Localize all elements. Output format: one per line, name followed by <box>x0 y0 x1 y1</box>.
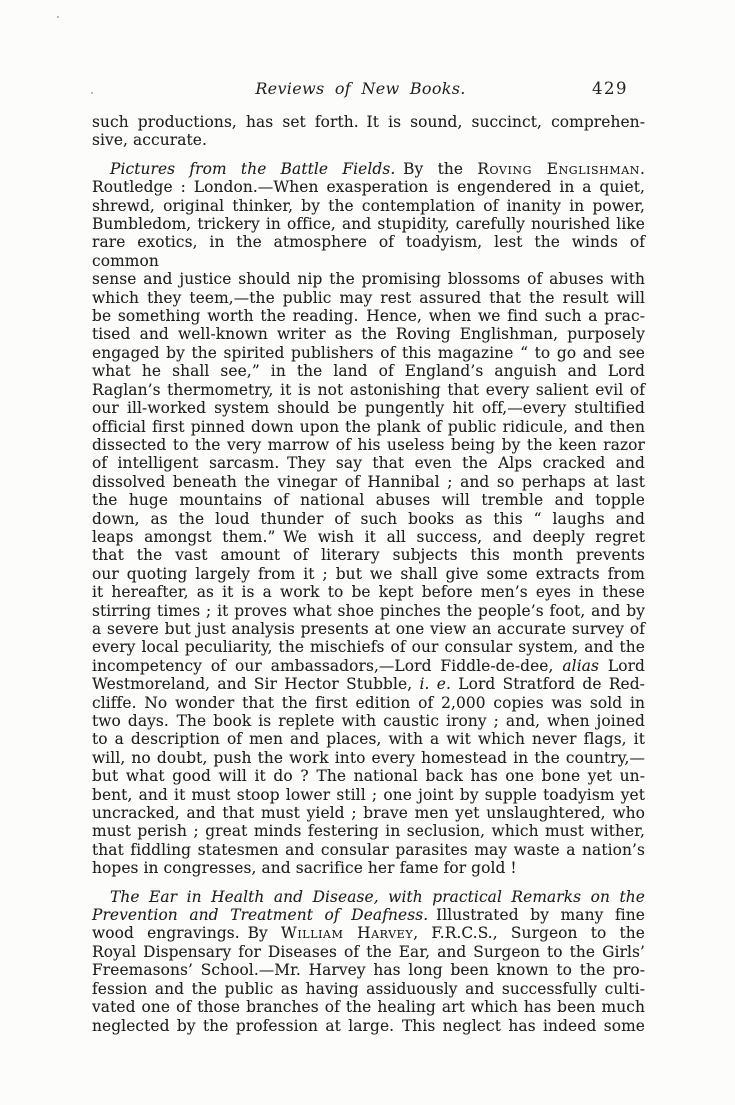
text-line: fession and the public as having assiduo… <box>92 980 645 998</box>
text-line: sive, accurate. <box>92 131 645 149</box>
text-line: hopes in congresses, and sacrifice her f… <box>92 859 645 877</box>
text-line: engaged by the spirited publishers of th… <box>92 344 645 362</box>
text-line: wood engravings. By William Harvey, F.R.… <box>92 924 645 942</box>
text-line: that the vast amount of literary subject… <box>92 546 645 564</box>
text-line: rare exotics, in the atmosphere of toady… <box>92 233 645 270</box>
review-pictures-from-the-battle-fields: Pictures from the Battle Fields. By the … <box>92 160 645 878</box>
text-line: uncracked, and that must yield ; brave m… <box>92 804 645 822</box>
text-line: Routledge : London.—When exasperation is… <box>92 178 645 196</box>
text-line: Westmoreland, and Sir Hector Stubble, i.… <box>92 675 645 693</box>
text-line: shrewd, original thinker, by the contemp… <box>92 197 645 215</box>
text-line: cliffe. No wonder that the first edition… <box>92 694 645 712</box>
text-line: neglected by the profession at large. Th… <box>92 1017 645 1035</box>
text-line: but what good will it do ? The national … <box>92 767 645 785</box>
text-line: vated one of those branches of the heali… <box>92 998 645 1016</box>
text-line: what he shall see,” in the land of Engla… <box>92 362 645 380</box>
text-line: dissolved beneath the vinegar of Hanniba… <box>92 473 645 491</box>
text-line: official first pinned down upon the plan… <box>92 418 645 436</box>
text-line: Royal Dispensary for Diseases of the Ear… <box>92 943 645 961</box>
text-line: leaps amongst them.” We wish it all succ… <box>92 528 645 546</box>
text-line: stirring times ; it proves what shoe pin… <box>92 602 645 620</box>
text-line: down, as the loud thunder of such books … <box>92 510 645 528</box>
text-line: dissected to the very marrow of his usel… <box>92 436 645 454</box>
text-line: incompetency of our ambassadors,—Lord Fi… <box>92 657 645 675</box>
text-line: it hereafter, as it is a work to be kept… <box>92 583 645 601</box>
text-line: our quoting largely from it ; but we sha… <box>92 565 645 583</box>
text-line: will, no doubt, push the work into every… <box>92 749 645 767</box>
text-line: bent, and it must stoop lower still ; on… <box>92 786 645 804</box>
text-line: every local peculiarity, the mischiefs o… <box>92 638 645 656</box>
running-head: Reviews of New Books. <box>84 79 637 98</box>
text-line: The Ear in Health and Disease, with prac… <box>92 888 645 906</box>
text-line: sense and justice should nip the promisi… <box>92 270 645 288</box>
text-line: Prevention and Treatment of Deafness. Il… <box>92 906 645 924</box>
text-line: the huge mountains of national abuses wi… <box>92 491 645 509</box>
paragraph-continuation: such productions, has set forth. It is s… <box>92 113 645 150</box>
review-the-ear-in-health-and-disease: The Ear in Health and Disease, with prac… <box>92 888 645 1035</box>
text-line: be something worth the reading. Hence, w… <box>92 307 645 325</box>
text-column: such productions, has set forth. It is s… <box>92 113 645 1035</box>
text-line: such productions, has set forth. It is s… <box>92 113 645 131</box>
text-line: two days. The book is replete with caust… <box>92 712 645 730</box>
page-header: Reviews of New Books. 429 <box>92 79 645 101</box>
book-page: Reviews of New Books. 429 such productio… <box>0 0 735 1105</box>
page-number: 429 <box>592 79 628 98</box>
text-line: Raglan’s thermometry, it is not astonish… <box>92 381 645 399</box>
text-line: Bumbledom, trickery in office, and stupi… <box>92 215 645 233</box>
text-line: that fiddling statesmen and consular par… <box>92 841 645 859</box>
text-line: our ill-worked system should be pungentl… <box>92 399 645 417</box>
text-line: must perish ; great minds festering in s… <box>92 822 645 840</box>
text-line: tised and well-known writer as the Rovin… <box>92 325 645 343</box>
text-line: to a description of men and places, with… <box>92 730 645 748</box>
text-line: which they teem,—the public may rest ass… <box>92 289 645 307</box>
text-line: of intelligent sarcasm. They say that ev… <box>92 454 645 472</box>
text-line: Pictures from the Battle Fields. By the … <box>92 160 645 178</box>
text-line: a severe but just analysis presents at o… <box>92 620 645 638</box>
scan-speck <box>91 92 93 94</box>
scan-speck <box>57 16 59 18</box>
text-line: Freemasons’ School.—Mr. Harvey has long … <box>92 961 645 979</box>
